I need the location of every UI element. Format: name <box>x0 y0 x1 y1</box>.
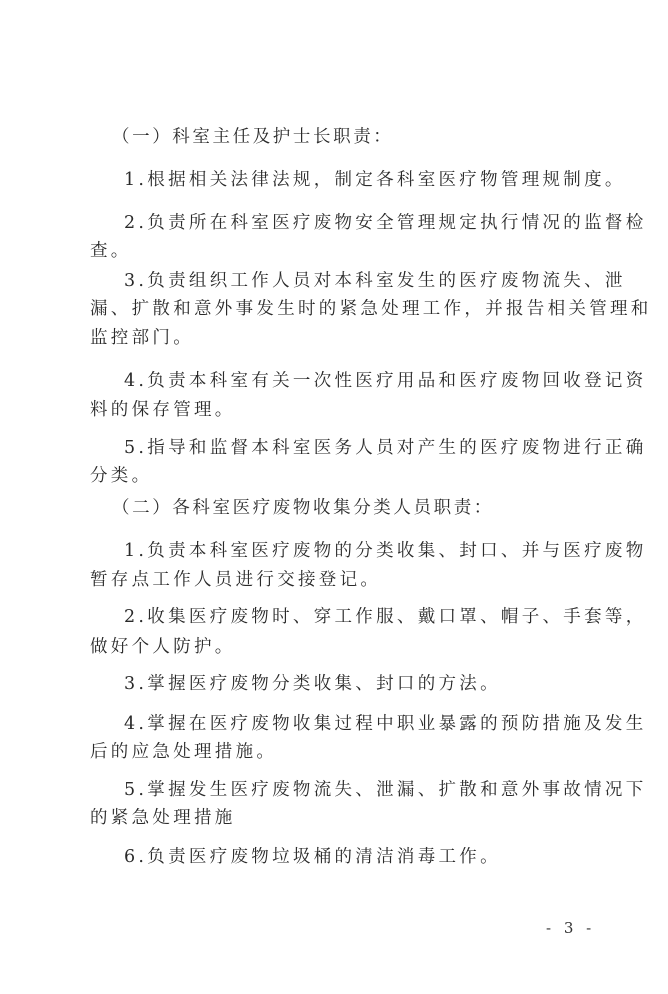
section-2-item-5-line-2: 的紧急处理措施 <box>90 807 236 829</box>
section-2-item-6-line-1: 6.负责医疗废物垃圾桶的清洁消毒工作。 <box>124 846 501 868</box>
section-2-heading: （二）各科室医疗废物收集分类人员职责： <box>112 497 494 519</box>
section-1-item-1-line-1: 1.根据相关法律法规，制定各科室医疗物管理规制度。 <box>124 169 626 191</box>
section-1-heading: （一）科室主任及护士长职责： <box>112 126 393 148</box>
section-1-item-2-line-1: 2.负责所在科室医疗废物安全管理规定执行情况的监督检 <box>124 212 647 234</box>
section-2-item-4-line-1: 4.掌握在医疗废物收集过程中职业暴露的预防措施及发生 <box>124 713 647 735</box>
document-page: （一）科室主任及护士长职责： 1.根据相关法律法规，制定各科室医疗物管理规制度。… <box>0 0 668 994</box>
section-1-item-3-line-1: 3.负责组织工作人员对本科室发生的医疗废物流失、泄 <box>124 270 626 292</box>
section-2-item-2-line-2: 做好个人防护。 <box>90 636 236 658</box>
section-1-item-2-line-2: 查。 <box>90 240 132 262</box>
section-2-item-3-line-1: 3.掌握医疗废物分类收集、封口的方法。 <box>124 673 501 695</box>
section-2-item-1-line-2: 暂存点工作人员进行交接登记。 <box>90 569 381 591</box>
page-number: - 3 - <box>546 919 595 937</box>
section-1-item-4-line-1: 4.负责本科室有关一次性医疗用品和医疗废物回收登记资 <box>124 370 647 392</box>
section-1-item-5-line-1: 5.指导和监督本科室医务人员对产生的医疗废物进行正确 <box>124 437 647 459</box>
section-2-item-1-line-1: 1.负责本科室医疗废物的分类收集、封口、并与医疗废物 <box>124 540 647 562</box>
section-2-item-4-line-2: 后的应急处理措施。 <box>90 741 277 763</box>
section-1-item-3-line-2: 漏、扩散和意外事发生时的紧急处理工作，并报告相关管理和 <box>90 298 652 320</box>
section-1-item-4-line-2: 料的保存管理。 <box>90 399 236 421</box>
section-2-item-5-line-1: 5.掌握发生医疗废物流失、泄漏、扩散和意外事故情况下 <box>124 779 647 801</box>
section-1-item-3-line-3: 监控部门。 <box>90 327 194 349</box>
section-2-item-2-line-1: 2.收集医疗废物时、穿工作服、戴口罩、帽子、手套等， <box>124 606 647 628</box>
section-1-item-5-line-2: 分类。 <box>90 465 152 487</box>
